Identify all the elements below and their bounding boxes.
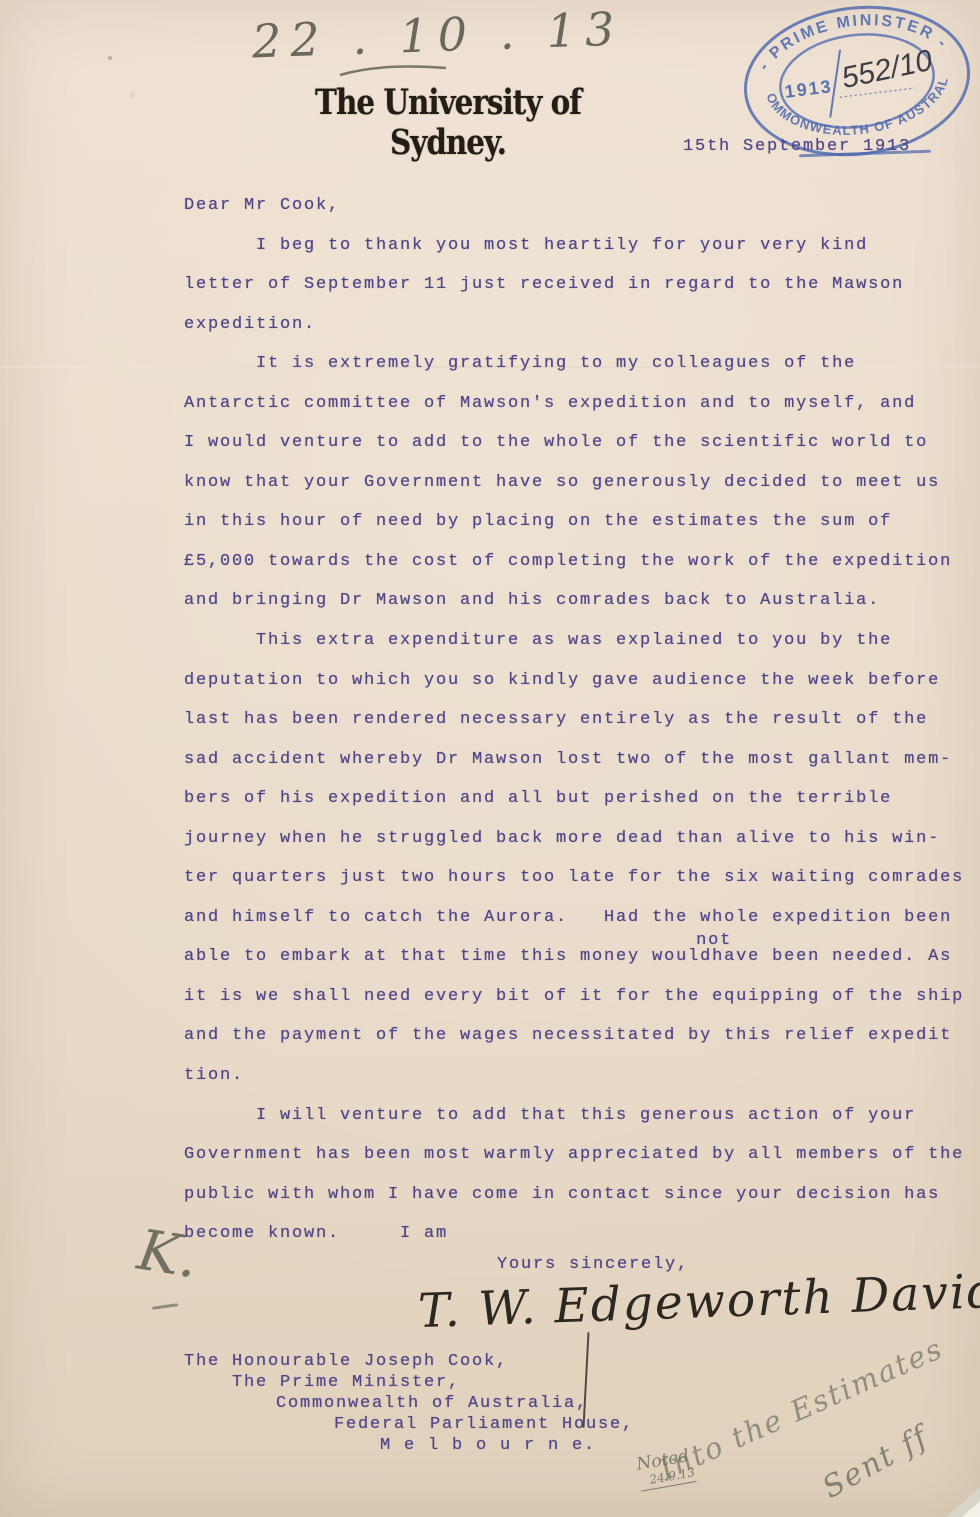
body-line: Antarctic committee of Mawson's expediti… bbox=[184, 394, 974, 434]
handwritten-received-date: 22 . 10 . 13 bbox=[251, 2, 624, 69]
recipient-address: The Honourable Joseph Cook, The Prime Mi… bbox=[184, 1352, 634, 1457]
body-line: public with whom I have come in contact … bbox=[184, 1185, 974, 1225]
body-line: expedition. bbox=[184, 315, 974, 355]
recipient-line: The Honourable Joseph Cook, bbox=[184, 1352, 634, 1373]
body-line: Government has been most warmly apprecia… bbox=[184, 1145, 974, 1185]
body-line: This extra expenditure as was explained … bbox=[184, 631, 974, 671]
body-line: Dear Mr Cook, bbox=[184, 196, 974, 236]
pencil-note-sent: Sent ff bbox=[817, 1419, 935, 1506]
recipient-line: Federal Parliament House, bbox=[184, 1415, 634, 1436]
body-line: I will venture to add that this generous… bbox=[184, 1106, 974, 1146]
stamp-year: 1913 bbox=[784, 76, 834, 102]
signature: T. W. Edgeworth David bbox=[417, 1264, 980, 1339]
body-line: and bringing Dr Mawson and his comrades … bbox=[184, 591, 974, 631]
paper-corner-notch-light bbox=[962, 1501, 980, 1517]
body-line: ter quarters just two hours too late for… bbox=[184, 868, 974, 908]
paper-speck bbox=[108, 56, 112, 60]
body-line: letter of September 11 just received in … bbox=[184, 275, 974, 315]
letter-page: 22 . 10 . 13 The University of Sydney. -… bbox=[0, 0, 980, 1517]
body-line: journey when he struggled back more dead… bbox=[184, 829, 974, 869]
letterhead-title: The University of Sydney. bbox=[278, 83, 617, 163]
pencil-filing-initial: K. bbox=[133, 1218, 202, 1292]
recipient-line: M e l b o u r n e. bbox=[184, 1436, 634, 1457]
body-line-post: have been needed. As bbox=[712, 947, 952, 966]
body-line: deputation to which you so kindly gave a… bbox=[184, 671, 974, 711]
body-line: it is we shall need every bit of it for … bbox=[184, 987, 974, 1027]
closing-salutation: Yours sincerely, bbox=[497, 1255, 689, 1274]
body-line-with-insertion: able to embark at that time this money w… bbox=[184, 947, 974, 987]
pencil-underline-swoosh bbox=[338, 60, 450, 80]
pencil-note-noted: Noted 24.9.13 bbox=[635, 1447, 696, 1491]
body-line: I would venture to add to the whole of t… bbox=[184, 433, 974, 473]
body-line: bers of his expedition and all but peris… bbox=[184, 789, 974, 829]
body-line: It is extremely gratifying to my colleag… bbox=[184, 354, 974, 394]
pencil-dash bbox=[152, 1303, 178, 1310]
body-line: last has been rendered necessary entirel… bbox=[184, 710, 974, 750]
body-line: sad accident whereby Dr Mawson lost two … bbox=[184, 750, 974, 790]
paper-speck bbox=[130, 92, 135, 98]
body-line: £5,000 towards the cost of completing th… bbox=[184, 552, 974, 592]
recipient-line: The Prime Minister, bbox=[184, 1373, 634, 1394]
body-line: and himself to catch the Aurora. Had the… bbox=[184, 908, 974, 948]
body-line: I beg to thank you most heartily for you… bbox=[184, 236, 974, 276]
body-line: and the payment of the wages necessitate… bbox=[184, 1026, 974, 1066]
recipient-line: Commonwealth of Australia, bbox=[184, 1394, 634, 1415]
body-line: know that your Government have so genero… bbox=[184, 473, 974, 513]
letter-body: Dear Mr Cook, I beg to thank you most he… bbox=[184, 196, 974, 1264]
body-line-pre: able to embark at that time this money w… bbox=[184, 947, 712, 966]
paper-fold-crease bbox=[0, 366, 980, 368]
body-line: tion. bbox=[184, 1066, 974, 1106]
stamp-file-number: 552/10 bbox=[839, 44, 936, 95]
body-line: in this hour of need by placing on the e… bbox=[184, 512, 974, 552]
